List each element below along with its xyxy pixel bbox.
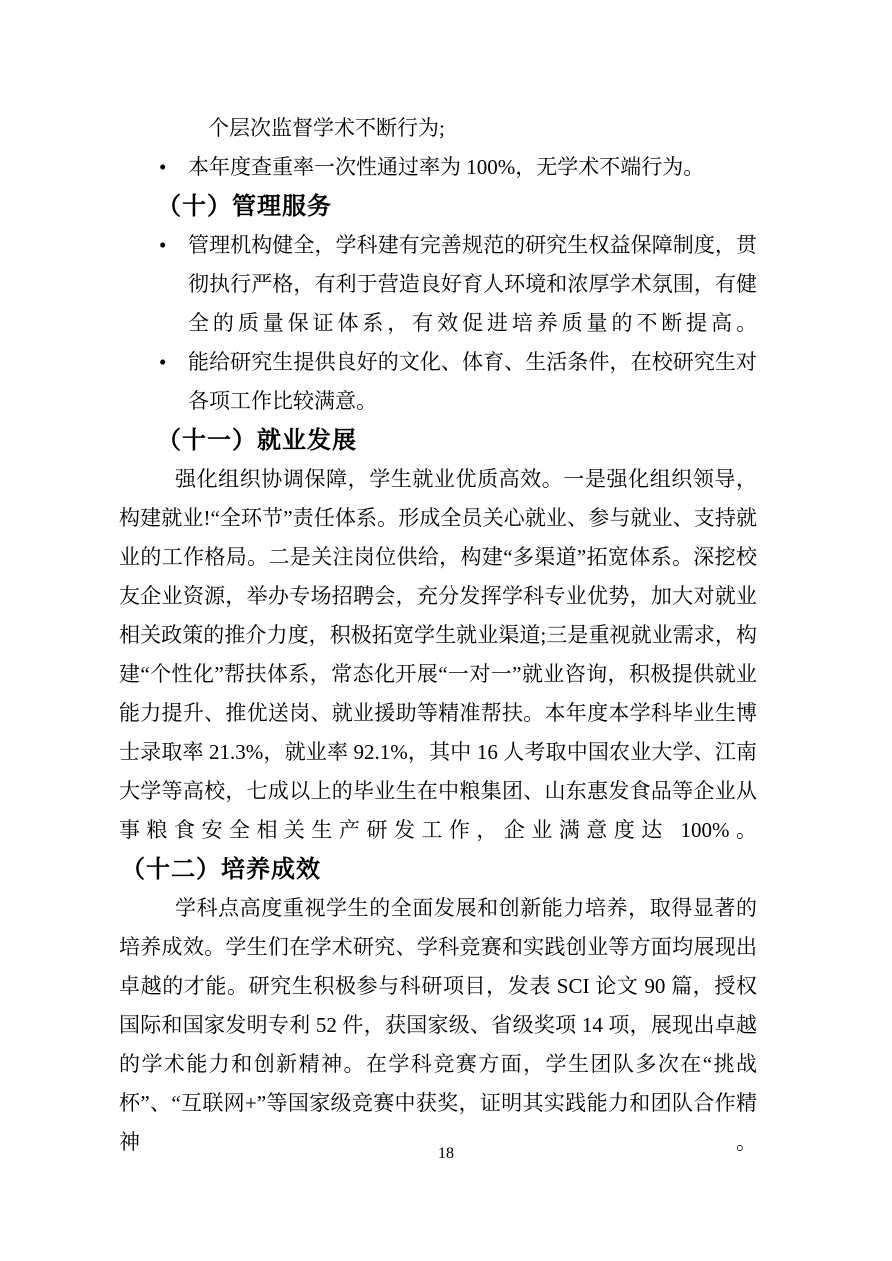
bullet-item: • 本年度查重率一次性通过率为 100%，无学术不端行为。 <box>119 148 757 187</box>
page-number: 18 <box>0 1143 892 1165</box>
bullet-marker: • <box>159 226 188 265</box>
bullet-item: • 能给研究生提供良好的文化、体育、生活条件，在校研究生对各项工作比较满意。 <box>119 343 757 421</box>
bullet-marker: • <box>159 148 188 187</box>
bullet-item: • 管理机构健全，学科建有完善规范的研究生权益保障制度，贯彻执行严格，有利于营造… <box>119 226 757 343</box>
section-heading-12: （十二）培养成效 <box>121 850 757 889</box>
bullet-marker: • <box>159 343 188 382</box>
bullet-text: 管理机构健全，学科建有完善规范的研究生权益保障制度，贯彻执行严格，有利于营造良好… <box>188 226 757 343</box>
section-heading-10: （十）管理服务 <box>157 187 757 226</box>
carryover-line: 个层次监督学术不断行为; <box>208 109 757 148</box>
body-paragraph-outcomes: 学科点高度重视学生的全面发展和创新能力培养，取得显著的培养成效。学生们在学术研究… <box>119 889 757 1162</box>
body-paragraph-employment: 强化组织协调保障，学生就业优质高效。一是强化组织领导，构建就业!“全环节”责任体… <box>119 460 757 850</box>
section-heading-11: （十一）就业发展 <box>157 421 757 460</box>
bullet-text: 本年度查重率一次性通过率为 100%，无学术不端行为。 <box>188 148 757 187</box>
bullet-text: 能给研究生提供良好的文化、体育、生活条件，在校研究生对各项工作比较满意。 <box>188 343 757 421</box>
document-page: 个层次监督学术不断行为; • 本年度查重率一次性通过率为 100%，无学术不端行… <box>0 0 892 1261</box>
